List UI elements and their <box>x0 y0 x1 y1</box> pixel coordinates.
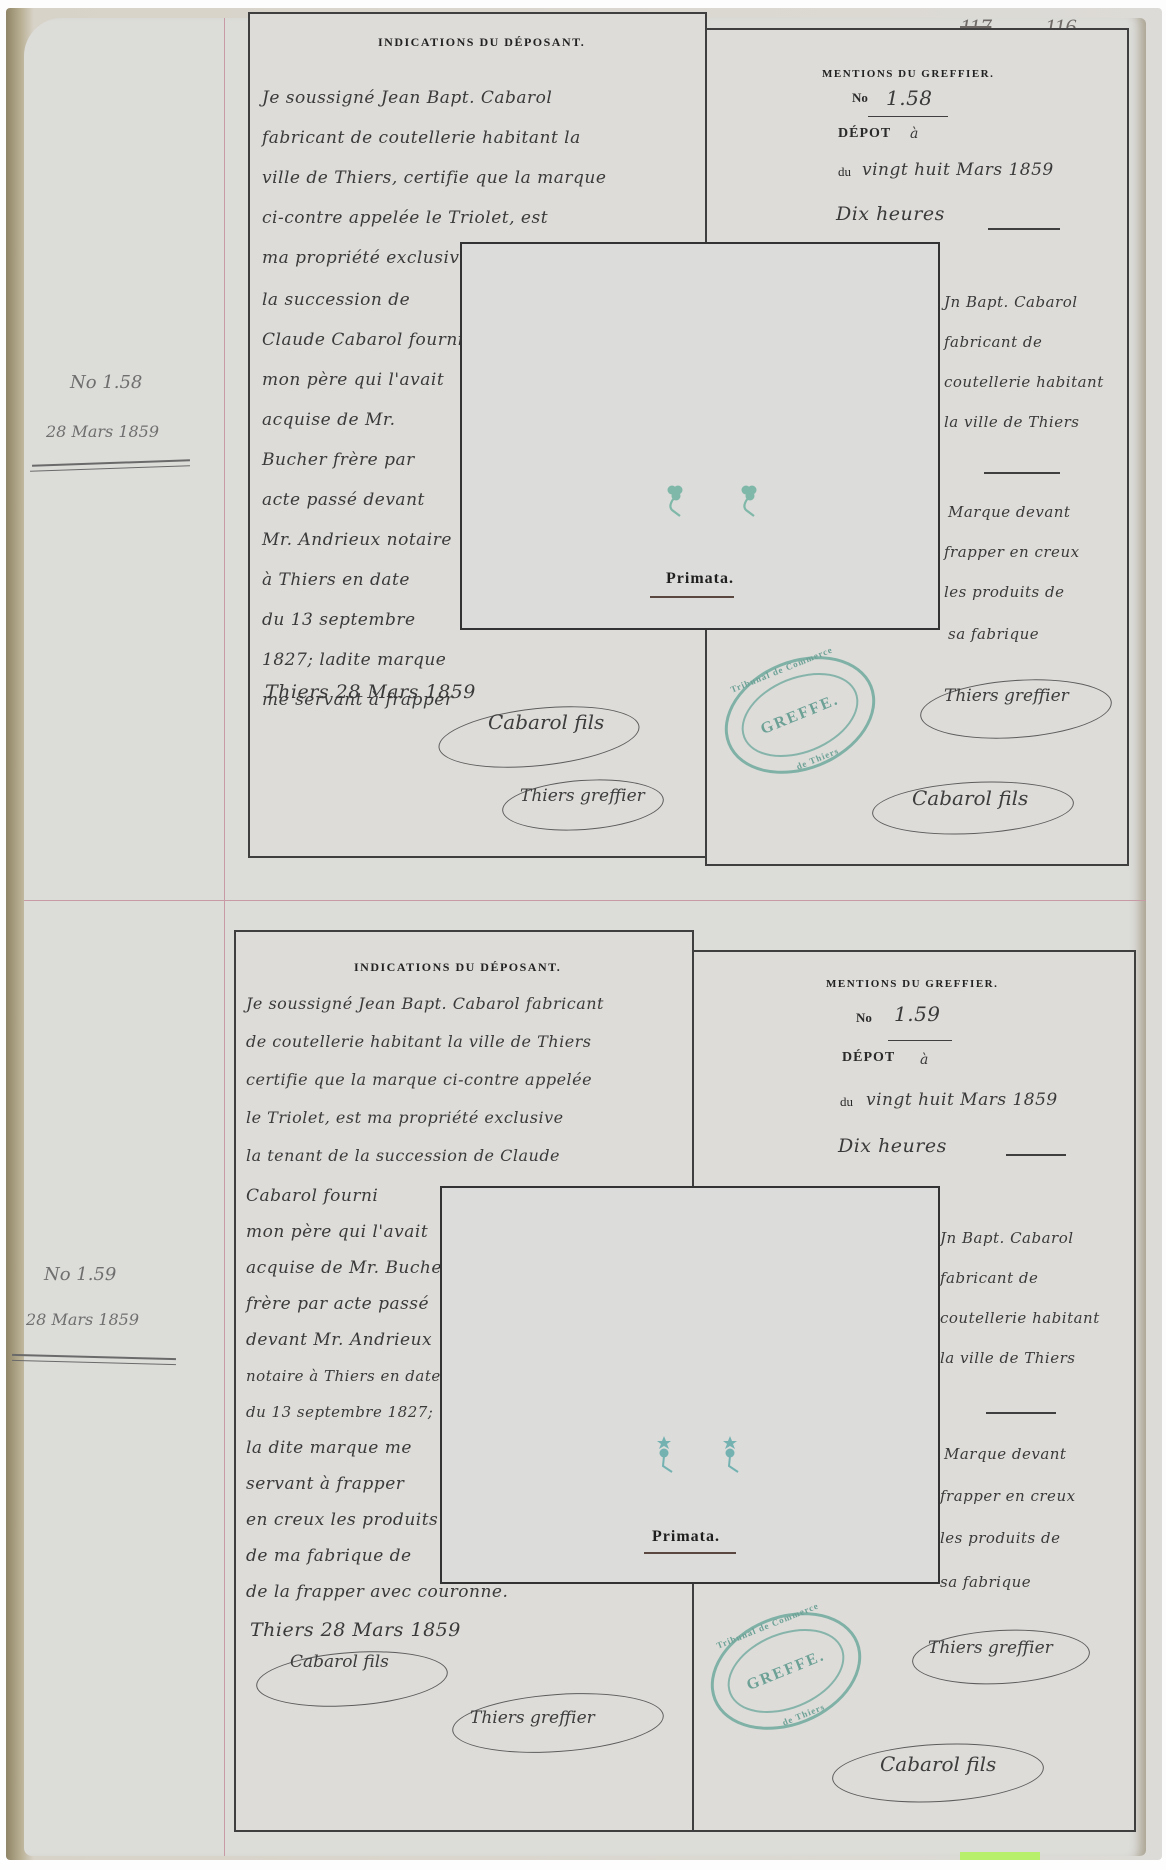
depot-suffix: à <box>910 114 919 154</box>
clerk-number-label: No <box>856 1010 872 1026</box>
mark-line: les produits de <box>940 1518 1060 1558</box>
depositor-signature: Cabarol fils <box>488 710 604 734</box>
owner-rule <box>984 472 1060 474</box>
depositor-line: ci-contre appelée le Triolet, est <box>262 198 548 238</box>
mark-line: Marque devant <box>944 1434 1066 1474</box>
depositor-signature: Cabarol fils <box>290 1652 389 1672</box>
clerk-number: 1.59 <box>894 994 941 1034</box>
depositor-signature: Cabarol fils <box>912 786 1028 810</box>
page-tab-marker <box>960 1852 1040 1860</box>
stamp-center-text: GREFFE. <box>744 1647 828 1695</box>
du-label: du <box>838 164 851 180</box>
number-underline <box>868 116 948 117</box>
clerk-heading: Mentions du greffier. <box>826 978 998 990</box>
clerk-signature: Thiers greffier <box>470 1708 595 1728</box>
mark-line: Marque devant <box>948 492 1070 532</box>
owner-line: fabricant de <box>944 322 1042 362</box>
depositor-line: ville de Thiers, certifie que la marque <box>262 158 606 198</box>
clerk-signature: Thiers greffier <box>944 686 1069 706</box>
margin-note-date: 28 Mars 1859 <box>26 1310 139 1329</box>
depositor-line: la dite marque me <box>246 1428 412 1468</box>
trademark-label-underline <box>644 1552 736 1554</box>
depositor-place-date: Thiers 28 Mars 1859 <box>265 672 476 712</box>
clover-mark-icon <box>662 482 686 522</box>
mark-line: frapper en creux <box>940 1476 1076 1516</box>
depositor-line: à Thiers en date <box>262 560 410 600</box>
owner-line: Jn Bapt. Cabarol <box>944 282 1078 322</box>
depositor-heading: Indications du déposant. <box>354 960 561 975</box>
mark-line: sa fabrique <box>948 614 1039 654</box>
clerk-hour-line: Dix heures <box>836 194 945 234</box>
depositor-line: Bucher frère par <box>262 440 415 480</box>
owner-line: coutellerie habitant <box>944 362 1104 402</box>
hour-rule <box>1006 1154 1066 1156</box>
owner-line: fabricant de <box>940 1258 1038 1298</box>
depot-label: DÉPOT <box>838 126 891 142</box>
depot-suffix: à <box>920 1040 929 1080</box>
depositor-line: en creux les produits <box>246 1500 438 1540</box>
depositor-line: certifie que la marque ci-contre appelée <box>246 1060 592 1100</box>
depositor-line: Mr. Andrieux notaire <box>262 520 452 560</box>
clerk-date-line: vingt huit Mars 1859 <box>866 1080 1058 1120</box>
depositor-line: notaire à Thiers en date <box>246 1356 441 1396</box>
hour-rule <box>988 228 1060 230</box>
depositor-line: du 13 septembre <box>262 600 416 640</box>
depositor-line: Je soussigné Jean Bapt. Cabarol fabrican… <box>246 984 604 1024</box>
clerk-signature: Thiers greffier <box>928 1638 1053 1658</box>
mark-line: frapper en creux <box>944 532 1080 572</box>
trademark-box: Primata. <box>460 242 940 630</box>
depositor-signature: Cabarol fils <box>880 1752 996 1776</box>
depositor-line: de ma fabrique de <box>246 1536 412 1576</box>
depositor-line: devant Mr. Andrieux <box>246 1320 432 1360</box>
depositor-line: fabricant de coutellerie habitant la <box>262 118 581 158</box>
margin-note-date: 28 Mars 1859 <box>46 422 159 441</box>
owner-rule <box>986 1412 1056 1414</box>
depositor-line: la tenant de la succession de Claude <box>246 1136 560 1176</box>
owner-line: la ville de Thiers <box>944 402 1079 442</box>
depositor-line: acquise de Mr. <box>262 400 396 440</box>
clover-mark-icon <box>736 482 760 522</box>
trademark-label: Primata. <box>666 570 734 588</box>
depositor-line: Je soussigné Jean Bapt. Cabarol <box>262 78 552 118</box>
depositor-line: le Triolet, est ma propriété exclusive <box>246 1098 564 1138</box>
mark-line: les produits de <box>944 572 1064 612</box>
trademark-box: Primata. <box>440 1186 940 1584</box>
margin-rule-horizontal <box>24 900 1146 901</box>
depositor-line: acquise de Mr. Bucher <box>246 1248 451 1288</box>
du-label: du <box>840 1094 853 1110</box>
owner-line: la ville de Thiers <box>940 1338 1075 1378</box>
clerk-number: 1.58 <box>886 78 933 118</box>
margin-rule-vertical <box>224 18 225 1856</box>
owner-line: coutellerie habitant <box>940 1298 1100 1338</box>
depositor-line: de coutellerie habitant la ville de Thie… <box>246 1022 592 1062</box>
trademark-label-underline <box>650 596 734 598</box>
depot-label: DÉPOT <box>842 1050 895 1066</box>
depositor-line: frère par acte passé <box>246 1284 429 1324</box>
clover-mark-icon <box>718 1434 742 1474</box>
depositor-line: mon père qui l'avait <box>262 360 444 400</box>
depositor-line: du 13 septembre 1827; <box>246 1392 433 1432</box>
margin-note-number: No 1.59 <box>44 1264 116 1285</box>
depositor-line: mon père qui l'avait <box>246 1212 428 1252</box>
depositor-place-date: Thiers 28 Mars 1859 <box>250 1610 461 1650</box>
clerk-hour-line: Dix heures <box>838 1126 947 1166</box>
owner-line: Jn Bapt. Cabarol <box>940 1218 1074 1258</box>
clerk-signature: Thiers greffier <box>520 786 645 806</box>
depositor-heading: Indications du déposant. <box>378 35 585 50</box>
margin-note-number: No 1.58 <box>70 372 142 393</box>
mark-line: sa fabrique <box>940 1562 1031 1602</box>
depositor-line: Claude Cabarol fourni <box>262 320 464 360</box>
clerk-date-line: vingt huit Mars 1859 <box>862 150 1054 190</box>
trademark-label: Primata. <box>652 1528 720 1546</box>
stamp-center-text: GREFFE. <box>758 691 842 739</box>
depositor-line: servant à frapper <box>246 1464 404 1504</box>
depositor-line: la succession de <box>262 280 410 320</box>
depositor-line: Cabarol fourni <box>246 1176 378 1216</box>
clerk-number-label: No <box>852 90 868 106</box>
depositor-line: acte passé devant <box>262 480 425 520</box>
clover-mark-icon <box>652 1434 676 1474</box>
